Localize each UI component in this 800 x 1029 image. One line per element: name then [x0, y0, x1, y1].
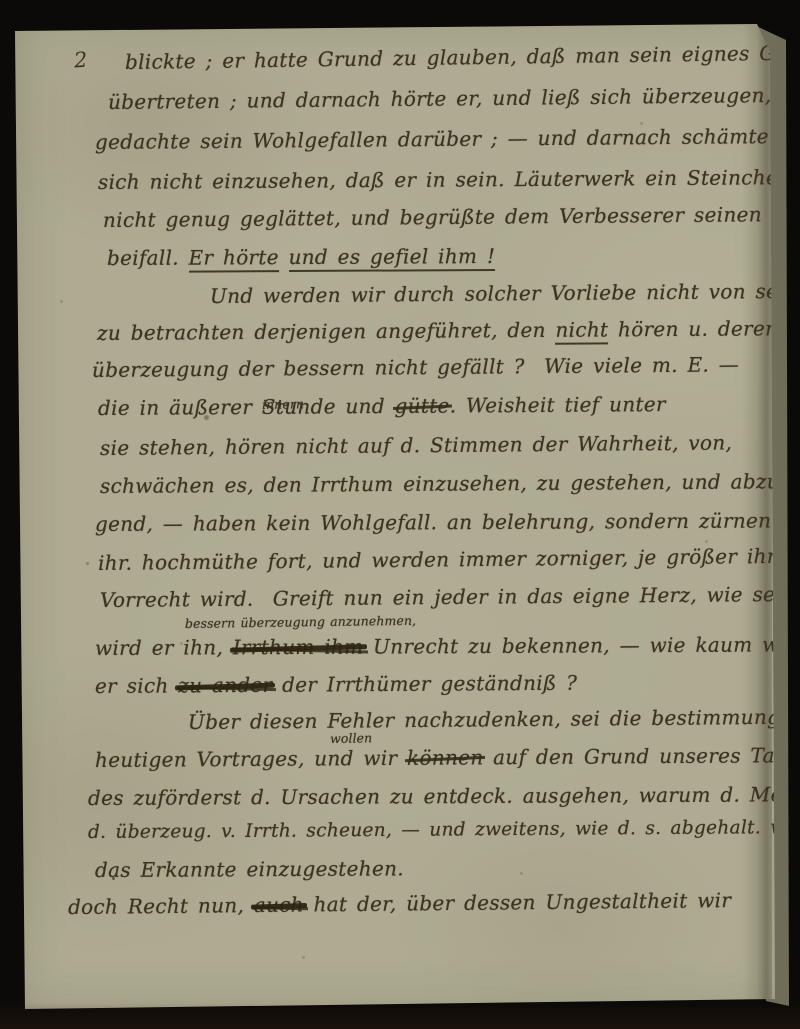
manuscript-lines: blickte ; er hatte Grund zu glauben, daß…	[0, 0, 800, 1029]
manuscript-line: sie stehen, hören nicht auf d. Stimmen d…	[100, 432, 732, 458]
manuscript-line: das Erkannte einzugestehen.	[95, 858, 404, 880]
manuscript-line: sich nicht einzusehen, daß er in sein. L…	[98, 167, 791, 192]
text-struck: gütte	[394, 396, 449, 416]
manuscript-line: Vorrecht wird. Greift nun ein jeder in d…	[100, 584, 798, 610]
text-run: Und werden wir durch solcher Vorliebe ni…	[210, 279, 800, 308]
text-run: Vorrecht wird. Greift nun ein jeder in d…	[100, 582, 798, 612]
text-struck: können	[407, 747, 484, 768]
text-run: blickte ; er hatte Grund zu glauben, daß…	[125, 40, 800, 74]
text-run: gend, — haben kein Wohlgefall. an belehr…	[95, 508, 800, 536]
text-run: schwächen es, den Irrthum einzusehen, zu…	[100, 469, 800, 498]
manuscript-line: beifall. Er hörte und es gefiel ihm !	[107, 246, 495, 268]
interlinear-insertion: bessern überzeugung anzunehmen,	[185, 615, 416, 631]
manuscript-line: heutigen Vortrages, und wir können auf d…	[95, 745, 795, 770]
text-underline: und es gefiel ihm !	[288, 244, 495, 272]
manuscript-line: die in äußerer Stunde und gütte. Weishei…	[98, 394, 666, 418]
text-run: wollen	[330, 730, 373, 746]
manuscript-line: ihr. hochmüthe fort, und werden immer zo…	[98, 546, 777, 573]
foxing-specks	[0, 0, 3, 3]
text-run: hat der, über dessen Ungestaltheit wir	[304, 888, 732, 916]
text-struckheavy: auch	[254, 895, 304, 916]
text-run: der Irrthümer geständniß ?	[272, 671, 577, 697]
manuscript-line: übertreten ; und darnach hörte er, und l…	[108, 85, 800, 112]
text-struckheavy: Irrthum ihm	[233, 637, 364, 658]
manuscript-line: wird er ihn, Irrthum ihm Unrecht zu beke…	[95, 634, 800, 658]
text-run: doch Recht nun,	[68, 893, 254, 919]
manuscript-line: Über diesen Fehler nachzudenken, sei die…	[188, 706, 800, 732]
scan-background: 2 blickte ; er hatte Grund zu glauben, d…	[0, 0, 800, 1029]
manuscript-line: gedachte sein Wohlgefallen darüber ; — u…	[95, 126, 800, 152]
manuscript-line: nicht genug geglättet, und begrüßte dem …	[103, 204, 762, 230]
text-run: das Erkannte einzugestehen.	[95, 856, 404, 882]
text-underline: Er hörte	[189, 245, 279, 272]
text-run: überzeugung der bessern nicht gefällt ? …	[92, 352, 739, 382]
text-run: die in äußerer Stunde und	[98, 394, 395, 420]
manuscript-line: gend, — haben kein Wohlgefall. an belehr…	[95, 510, 800, 534]
text-run: des zuförderst d. Ursachen zu entdeck. a…	[88, 782, 800, 810]
manuscript-paper: 2 blickte ; er hatte Grund zu glauben, d…	[0, 0, 800, 1029]
manuscript-line: blickte ; er hatte Grund zu glauben, daß…	[125, 42, 800, 72]
manuscript-line: zu betrachten derjenigen angeführet, den…	[97, 318, 778, 343]
text-run: beifall.	[107, 246, 189, 270]
manuscript-line: Und werden wir durch solcher Vorliebe ni…	[210, 281, 800, 306]
text-run	[279, 245, 289, 269]
manuscript-line: doch Recht nun, auch hat der, über desse…	[68, 890, 731, 917]
text-run: heutigen Vortrages, und wir	[95, 746, 407, 772]
text-run: hören u. deren	[608, 316, 778, 341]
interlinear-insertion: wollen	[330, 732, 372, 745]
text-run: ihr. hochmüthe fort, und werden immer zo…	[98, 544, 777, 575]
manuscript-line: er sich zu ander der Irrthümer geständni…	[95, 673, 577, 696]
manuscript-line: d. überzeug. v. Irrth. scheuen, — und zw…	[88, 819, 800, 843]
text-run: er sich	[95, 673, 178, 698]
text-run: sich nicht einzusehen, daß er in sein. L…	[98, 165, 791, 194]
text-run: übertreten ; und darnach hörte er, und l…	[108, 83, 800, 114]
text-run: zu betrachten derjenigen angeführet, den	[97, 318, 556, 345]
manuscript-line: überzeugung der bessern nicht gefällt ? …	[92, 354, 739, 380]
manuscript-line: des zuförderst d. Ursachen zu entdeck. a…	[88, 784, 800, 808]
text-run: auf den Grund unseres Tag.	[483, 743, 794, 769]
text-run: bessern überzeugung anzunehmen,	[185, 613, 416, 631]
text-run: gedachte sein Wohlgefallen darüber ; — u…	[95, 124, 800, 154]
text-run: d. überzeug. v. Irrth. scheuen, — und zw…	[88, 817, 800, 843]
text-run: Unrecht zu bekennen, — wie kaum weiß	[363, 632, 800, 658]
text-underline: nicht	[555, 317, 608, 344]
text-struckheavy: zu ander	[178, 675, 272, 696]
text-run: Über diesen Fehler nachzudenken, sei die…	[188, 704, 800, 734]
text-run: sie stehen, hören nicht auf d. Stimmen d…	[100, 430, 732, 460]
text-run: wird er ihn,	[95, 635, 233, 660]
text-run: nicht genug geglättet, und begrüßte dem …	[103, 202, 762, 232]
text-run: . Weisheit tief unter	[450, 392, 666, 418]
manuscript-line: schwächen es, den Irrthum einzusehen, zu…	[100, 471, 800, 496]
